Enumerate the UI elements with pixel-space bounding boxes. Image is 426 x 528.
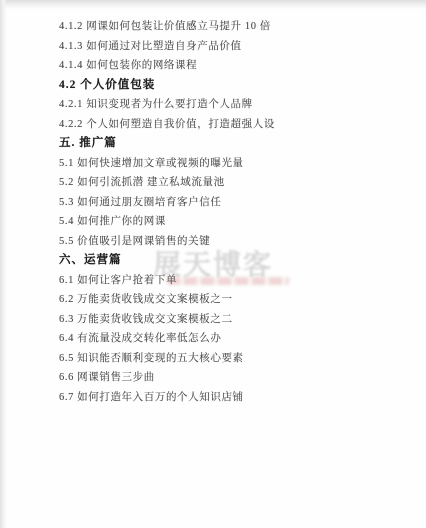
scan-edge-left-shadow — [0, 0, 7, 528]
toc-item: 4.1.4 如何包装你的网络课程 — [59, 56, 389, 76]
toc-item: 6.3 万能卖货收钱成交文案模板之二 — [59, 310, 389, 330]
toc-section-heading: 六、运营篇 — [59, 251, 389, 271]
toc-item: 5.2 如何引流抓潜 建立私域流量池 — [59, 173, 389, 193]
toc-item: 6.6 网课销售三步曲 — [59, 368, 389, 388]
toc-item: 6.1 如何让客户抢着下单 — [59, 271, 389, 291]
toc-item: 5.5 价值吸引是网课销售的关键 — [59, 232, 389, 252]
toc-item: 4.2.2 个人如何塑造自我价值，打造超强人设 — [59, 115, 389, 135]
scanned-page: 展天博客 4.1.2 网课如何包装让价值感立马提升 10 倍4.1.3 如何通过… — [0, 0, 426, 528]
toc-item: 5.3 如何通过朋友圈培育客户信任 — [59, 193, 389, 213]
toc-item: 6.7 如何打造年入百万的个人知识店铺 — [59, 388, 389, 408]
toc-section-heading: 五. 推广篇 — [59, 134, 389, 154]
toc-list: 4.1.2 网课如何包装让价值感立马提升 10 倍4.1.3 如何通过对比塑造自… — [59, 17, 389, 407]
toc-item: 5.4 如何推广你的网课 — [59, 212, 389, 232]
toc-item: 4.2.1 知识变现者为什么要打造个人品牌 — [59, 95, 389, 115]
toc-section-heading: 4.2 个人价值包装 — [59, 76, 389, 96]
scan-edge-top-shadow — [0, 0, 426, 9]
toc-item: 5.1 如何快速增加文章或视频的曝光量 — [59, 154, 389, 174]
toc-item: 6.4 有流量没成交转化率低怎么办 — [59, 329, 389, 349]
toc-item: 4.1.3 如何通过对比塑造自身产品价值 — [59, 37, 389, 57]
toc-item: 6.5 知识能否顺利变现的五大核心要素 — [59, 349, 389, 369]
toc-item: 6.2 万能卖货收钱成交文案模板之一 — [59, 290, 389, 310]
toc-item: 4.1.2 网课如何包装让价值感立马提升 10 倍 — [59, 17, 389, 37]
